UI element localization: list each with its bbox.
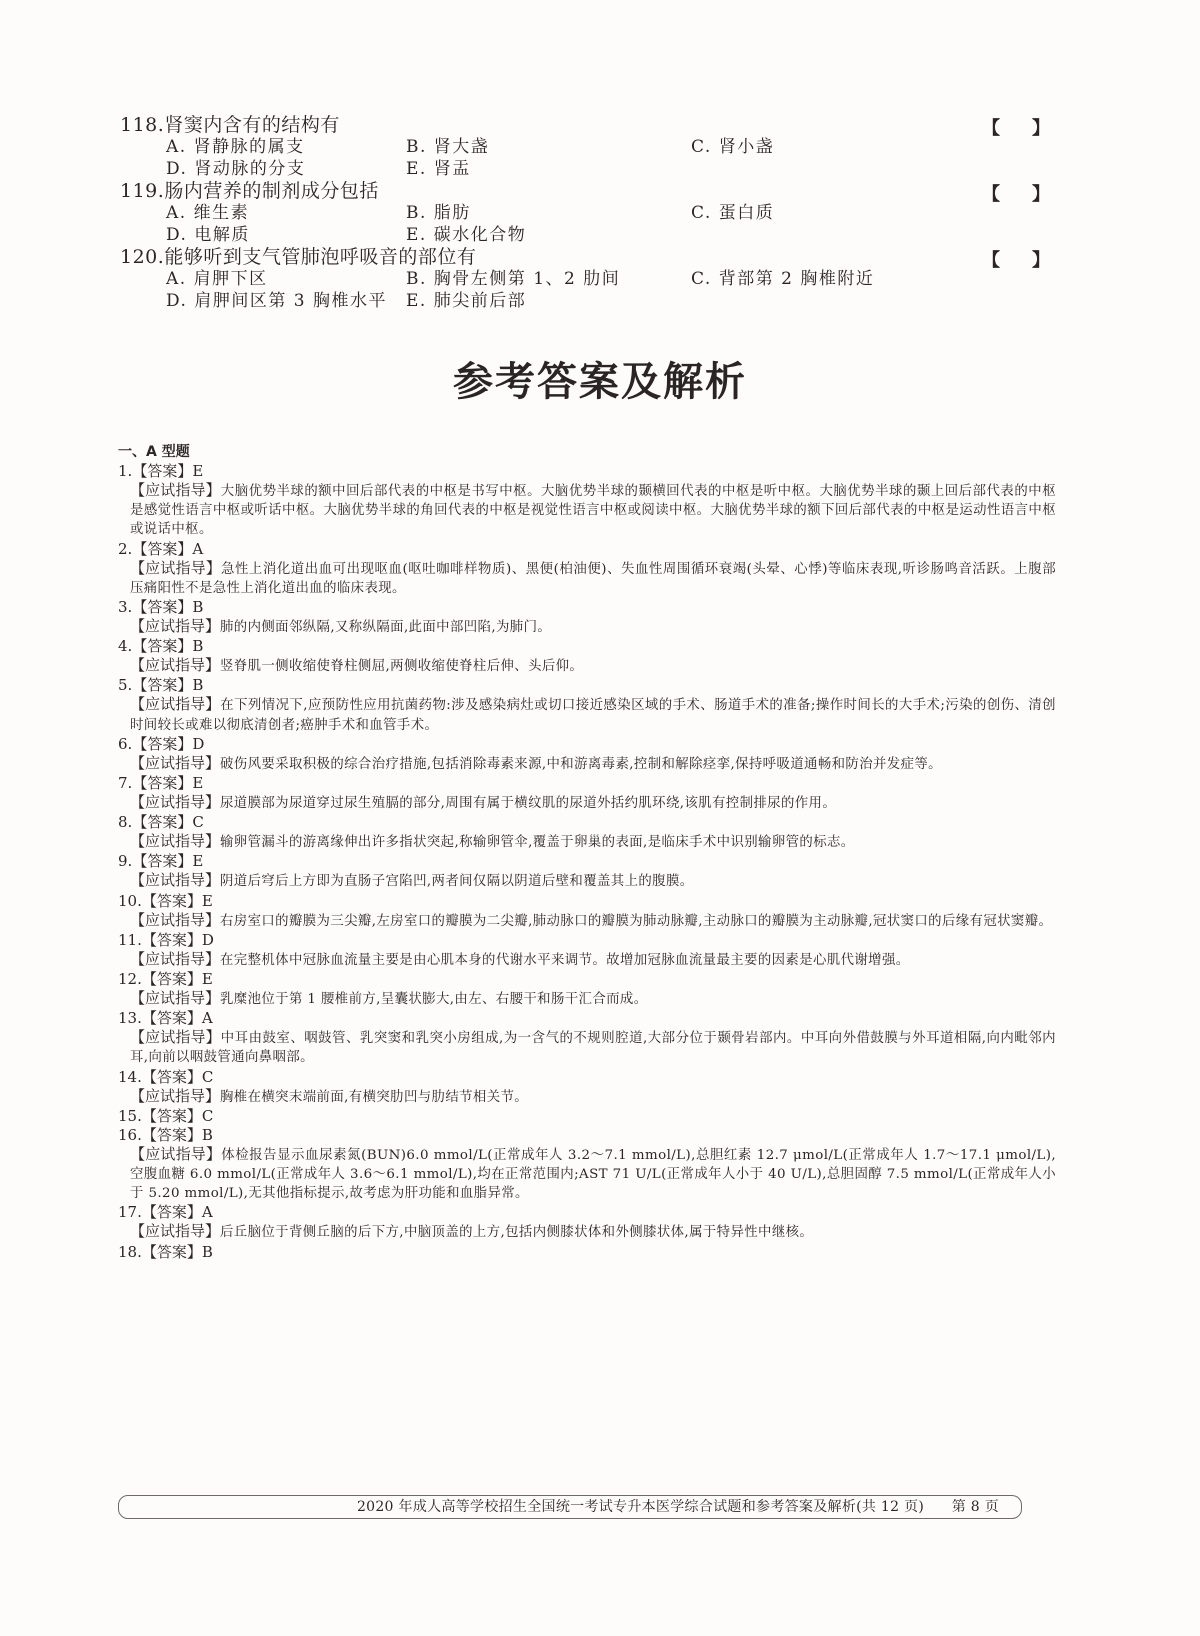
answer-label: 【答案】 — [142, 1009, 202, 1027]
option-grid: A. 肾静脉的属支 B. 肾大盏 C. 肾小盏 D. 肾动脉的分支 E. 肾盂 — [120, 136, 1050, 180]
answer-value: E — [192, 774, 203, 792]
answer-value: A — [202, 1009, 213, 1027]
answer-number: 12. — [118, 970, 142, 988]
question-stem: 肠内营养的制剂成分包括 — [164, 180, 379, 202]
answer-value: B — [202, 1126, 213, 1144]
option-grid: A. 维生素 B. 脂肪 C. 蛋白质 D. 电解质 E. 碳水化合物 — [120, 202, 1050, 246]
answer-value: C — [202, 1068, 213, 1086]
question-118: 118.肾窦内含有的结构有 【】 A. 肾静脉的属支 B. 肾大盏 C. 肾小盏… — [120, 114, 1050, 180]
exam-guide: 【应试指导】阴道后穹后上方即为直肠子宫陷凹,两者间仅隔以阴道后壁和覆盖其上的腹膜… — [118, 871, 1056, 891]
answer-item: 15.【答案】C — [118, 1107, 1056, 1126]
guide-label: 【应试指导】 — [130, 989, 220, 1007]
question-119: 119.肠内营养的制剂成分包括 【】 A. 维生素 B. 脂肪 C. 蛋白质 D… — [120, 180, 1050, 246]
guide-text: 阴道后穹后上方即为直肠子宫陷凹,两者间仅隔以阴道后壁和覆盖其上的腹膜。 — [220, 874, 694, 889]
guide-label: 【应试指导】 — [130, 695, 220, 713]
guide-text: 破伤风要采取积极的综合治疗措施,包括消除毒素来源,中和游离毒素,控制和解除痉挛,… — [220, 757, 942, 772]
answer-number: 4. — [118, 637, 132, 655]
answer-number: 7. — [118, 774, 132, 792]
question-number: 120. — [120, 246, 164, 268]
answer-number: 13. — [118, 1009, 142, 1027]
guide-text: 竖脊肌一侧收缩使脊柱侧屈,两侧收缩使脊柱后伸、头后仰。 — [220, 659, 583, 674]
guide-label: 【应试指导】 — [130, 754, 220, 772]
answer-item: 6.【答案】D【应试指导】破伤风要采取积极的综合治疗措施,包括消除毒素来源,中和… — [118, 735, 1056, 774]
exam-guide: 【应试指导】尿道膜部为尿道穿过尿生殖膈的部分,周围有属于横纹肌的尿道外括约肌环绕… — [118, 793, 1056, 813]
exam-guide: 【应试指导】破伤风要采取积极的综合治疗措施,包括消除毒素来源,中和游离毒素,控制… — [118, 754, 1056, 774]
answer-number: 5. — [118, 676, 132, 694]
answer-item: 1.【答案】E【应试指导】大脑优势半球的额中回后部代表的中枢是书写中枢。大脑优势… — [118, 462, 1056, 540]
answer-label: 【答案】 — [142, 1107, 202, 1125]
answer-label: 【答案】 — [142, 931, 202, 949]
exam-guide: 【应试指导】乳糜池位于第 1 腰椎前方,呈囊状膨大,由左、右腰干和肠干汇合而成。 — [118, 989, 1056, 1009]
guide-text: 体检报告显示血尿素氮(BUN)6.0 mmol/L(正常成年人 3.2～7.1 … — [130, 1148, 1056, 1201]
guide-text: 输卵管漏斗的游离缘伸出许多指状突起,称输卵管伞,覆盖于卵巢的表面,是临床手术中识… — [220, 835, 855, 850]
exam-guide: 【应试指导】后丘脑位于背侧丘脑的后下方,中脑顶盖的上方,包括内侧膝状体和外侧膝状… — [118, 1222, 1056, 1242]
answer-value: E — [192, 462, 203, 480]
answer-bracket: 【】 — [982, 246, 1050, 272]
exam-guide: 【应试指导】右房室口的瓣膜为三尖瓣,左房室口的瓣膜为二尖瓣,肺动脉口的瓣膜为肺动… — [118, 911, 1056, 931]
guide-text: 尿道膜部为尿道穿过尿生殖膈的部分,周围有属于横纹肌的尿道外括约肌环绕,该肌有控制… — [220, 796, 836, 811]
guide-label: 【应试指导】 — [130, 911, 220, 929]
guide-text: 在完整机体中冠脉血流量主要是由心肌本身的代谢水平来调节。故增加冠脉血流量最主要的… — [220, 953, 910, 968]
exam-guide: 【应试指导】体检报告显示血尿素氮(BUN)6.0 mmol/L(正常成年人 3.… — [118, 1145, 1056, 1204]
answer-number: 1. — [118, 462, 132, 480]
exam-guide: 【应试指导】大脑优势半球的额中回后部代表的中枢是书写中枢。大脑优势半球的颞横回代… — [118, 481, 1056, 540]
answer-number: 2. — [118, 540, 132, 558]
page-footer: 2020 年成人高等学校招生全国统一考试专升本医学综合试题和参考答案及解析(共 … — [118, 1495, 1022, 1519]
exam-guide: 【应试指导】输卵管漏斗的游离缘伸出许多指状突起,称输卵管伞,覆盖于卵巢的表面,是… — [118, 832, 1056, 852]
option-a: A. 维生素 — [166, 202, 406, 224]
guide-text: 肺的内侧面邻纵隔,又称纵隔面,此面中部凹陷,为肺门。 — [220, 620, 551, 635]
guide-label: 【应试指导】 — [130, 617, 220, 635]
option-e: E. 碳水化合物 — [406, 224, 691, 246]
answer-label: 【答案】 — [142, 1243, 202, 1261]
option-grid: A. 肩胛下区 B. 胸骨左侧第 1、2 肋间 C. 背部第 2 胸椎附近 D.… — [120, 268, 1050, 312]
answer-item: 11.【答案】D【应试指导】在完整机体中冠脉血流量主要是由心肌本身的代谢水平来调… — [118, 931, 1056, 970]
question-list: 118.肾窦内含有的结构有 【】 A. 肾静脉的属支 B. 肾大盏 C. 肾小盏… — [120, 114, 1050, 312]
exam-guide: 【应试指导】在完整机体中冠脉血流量主要是由心肌本身的代谢水平来调节。故增加冠脉血… — [118, 950, 1056, 970]
option-e: E. 肾盂 — [406, 158, 691, 180]
document-page: 118.肾窦内含有的结构有 【】 A. 肾静脉的属支 B. 肾大盏 C. 肾小盏… — [0, 0, 1200, 1636]
guide-label: 【应试指导】 — [130, 1222, 220, 1240]
exam-guide: 【应试指导】胸椎在横突末端前面,有横突肋凹与肋结节相关节。 — [118, 1087, 1056, 1107]
guide-label: 【应试指导】 — [130, 793, 220, 811]
answer-item: 9.【答案】E【应试指导】阴道后穹后上方即为直肠子宫陷凹,两者间仅隔以阴道后壁和… — [118, 852, 1056, 891]
section-heading: 一、A 型题 — [118, 443, 1056, 462]
answer-value: E — [192, 852, 203, 870]
answer-label: 【答案】 — [132, 735, 192, 753]
guide-label: 【应试指导】 — [130, 1028, 221, 1046]
option-c: C. 蛋白质 — [691, 202, 991, 224]
option-b: B. 肾大盏 — [406, 136, 691, 158]
option-a: A. 肩胛下区 — [166, 268, 406, 290]
answer-value: B — [192, 598, 203, 616]
option-d: D. 电解质 — [166, 224, 406, 246]
option-e: E. 肺尖前后部 — [406, 290, 691, 312]
answer-number: 9. — [118, 852, 132, 870]
question-stem: 能够听到支气管肺泡呼吸音的部位有 — [164, 246, 476, 268]
answer-number: 16. — [118, 1126, 142, 1144]
guide-label: 【应试指导】 — [130, 950, 220, 968]
guide-label: 【应试指导】 — [130, 481, 221, 499]
answer-item: 12.【答案】E【应试指导】乳糜池位于第 1 腰椎前方,呈囊状膨大,由左、右腰干… — [118, 970, 1056, 1009]
answer-list: 一、A 型题 1.【答案】E【应试指导】大脑优势半球的额中回后部代表的中枢是书写… — [118, 443, 1056, 1262]
answer-number: 3. — [118, 598, 132, 616]
answer-value: D — [202, 931, 214, 949]
answer-label: 【答案】 — [132, 598, 192, 616]
answer-label: 【答案】 — [132, 637, 192, 655]
guide-text: 在下列情况下,应预防性应用抗菌药物:涉及感染病灶或切口接近感染区域的手术、肠道手… — [130, 698, 1056, 732]
option-a: A. 肾静脉的属支 — [166, 136, 406, 158]
exam-guide: 【应试指导】肺的内侧面邻纵隔,又称纵隔面,此面中部凹陷,为肺门。 — [118, 617, 1056, 637]
exam-guide: 【应试指导】在下列情况下,应预防性应用抗菌药物:涉及感染病灶或切口接近感染区域的… — [118, 695, 1056, 734]
answer-label: 【答案】 — [142, 1203, 202, 1221]
answer-item: 13.【答案】A【应试指导】中耳由鼓室、咽鼓管、乳突窦和乳突小房组成,为一含气的… — [118, 1009, 1056, 1067]
answer-label: 【答案】 — [132, 852, 192, 870]
answer-item: 18.【答案】B — [118, 1243, 1056, 1262]
answer-bracket: 【】 — [982, 114, 1050, 140]
answer-value: C — [202, 1107, 213, 1125]
guide-text: 后丘脑位于背侧丘脑的后下方,中脑顶盖的上方,包括内侧膝状体和外侧膝状体,属于特异… — [220, 1225, 813, 1240]
answer-value: A — [192, 540, 203, 558]
question-number: 118. — [120, 114, 164, 136]
page-number: 第 8 页 — [952, 1499, 999, 1515]
answer-item: 7.【答案】E【应试指导】尿道膜部为尿道穿过尿生殖膈的部分,周围有属于横纹肌的尿… — [118, 774, 1056, 813]
answer-label: 【答案】 — [132, 813, 192, 831]
answer-label: 【答案】 — [142, 970, 202, 988]
question-stem: 肾窦内含有的结构有 — [164, 114, 340, 136]
answer-item: 14.【答案】C【应试指导】胸椎在横突末端前面,有横突肋凹与肋结节相关节。 — [118, 1068, 1056, 1107]
guide-label: 【应试指导】 — [130, 656, 220, 674]
answer-label: 【答案】 — [132, 540, 192, 558]
answer-item: 2.【答案】A【应试指导】急性上消化道出血可出现呕血(呕吐咖啡样物质)、黑便(柏… — [118, 540, 1056, 598]
question-120: 120.能够听到支气管肺泡呼吸音的部位有 【】 A. 肩胛下区 B. 胸骨左侧第… — [120, 246, 1050, 312]
answer-label: 【答案】 — [132, 774, 192, 792]
option-d: D. 肾动脉的分支 — [166, 158, 406, 180]
answer-item: 16.【答案】B【应试指导】体检报告显示血尿素氮(BUN)6.0 mmol/L(… — [118, 1126, 1056, 1204]
answer-number: 14. — [118, 1068, 142, 1086]
answers-title: 参考答案及解析 — [0, 350, 1200, 407]
guide-label: 【应试指导】 — [130, 559, 221, 577]
answer-value: E — [202, 892, 213, 910]
guide-label: 【应试指导】 — [130, 1087, 220, 1105]
answer-item: 10.【答案】E【应试指导】右房室口的瓣膜为三尖瓣,左房室口的瓣膜为二尖瓣,肺动… — [118, 892, 1056, 931]
answer-label: 【答案】 — [142, 892, 202, 910]
answer-bracket: 【】 — [982, 180, 1050, 206]
option-b: B. 脂肪 — [406, 202, 691, 224]
answer-value: B — [192, 637, 203, 655]
answer-value: E — [202, 970, 213, 988]
exam-guide: 【应试指导】中耳由鼓室、咽鼓管、乳突窦和乳突小房组成,为一含气的不规则腔道,大部… — [118, 1028, 1056, 1067]
footer-text: 2020 年成人高等学校招生全国统一考试专升本医学综合试题和参考答案及解析(共 … — [357, 1499, 924, 1515]
guide-text: 大脑优势半球的额中回后部代表的中枢是书写中枢。大脑优势半球的颞横回代表的中枢是听… — [130, 484, 1056, 537]
answer-number: 6. — [118, 735, 132, 753]
guide-text: 乳糜池位于第 1 腰椎前方,呈囊状膨大,由左、右腰干和肠干汇合而成。 — [220, 992, 647, 1007]
option-d: D. 肩胛间区第 3 胸椎水平 — [166, 290, 406, 312]
option-c: C. 背部第 2 胸椎附近 — [691, 268, 991, 290]
answer-number: 17. — [118, 1203, 142, 1221]
option-b: B. 胸骨左侧第 1、2 肋间 — [406, 268, 691, 290]
answer-label: 【答案】 — [142, 1126, 202, 1144]
guide-text: 右房室口的瓣膜为三尖瓣,左房室口的瓣膜为二尖瓣,肺动脉口的瓣膜为肺动脉瓣,主动脉… — [220, 914, 1052, 929]
answer-label: 【答案】 — [132, 462, 192, 480]
guide-label: 【应试指导】 — [130, 871, 220, 889]
question-number: 119. — [120, 180, 164, 202]
answer-value: A — [202, 1203, 213, 1221]
guide-label: 【应试指导】 — [130, 832, 220, 850]
exam-guide: 【应试指导】竖脊肌一侧收缩使脊柱侧屈,两侧收缩使脊柱后伸、头后仰。 — [118, 656, 1056, 676]
answer-item: 5.【答案】B【应试指导】在下列情况下,应预防性应用抗菌药物:涉及感染病灶或切口… — [118, 676, 1056, 734]
answer-label: 【答案】 — [132, 676, 192, 694]
answer-number: 11. — [118, 931, 142, 949]
guide-text: 胸椎在横突末端前面,有横突肋凹与肋结节相关节。 — [220, 1090, 528, 1105]
exam-guide: 【应试指导】急性上消化道出血可出现呕血(呕吐咖啡样物质)、黑便(柏油便)、失血性… — [118, 559, 1056, 598]
guide-text: 急性上消化道出血可出现呕血(呕吐咖啡样物质)、黑便(柏油便)、失血性周围循环衰竭… — [130, 562, 1056, 596]
guide-label: 【应试指导】 — [130, 1145, 221, 1163]
option-c: C. 肾小盏 — [691, 136, 991, 158]
answer-item: 4.【答案】B【应试指导】竖脊肌一侧收缩使脊柱侧屈,两侧收缩使脊柱后伸、头后仰。 — [118, 637, 1056, 676]
guide-text: 中耳由鼓室、咽鼓管、乳突窦和乳突小房组成,为一含气的不规则腔道,大部分位于颞骨岩… — [130, 1031, 1056, 1065]
answer-number: 15. — [118, 1107, 142, 1125]
answer-value: B — [202, 1243, 213, 1261]
answer-number: 18. — [118, 1243, 142, 1261]
answer-value: D — [192, 735, 204, 753]
answer-value: B — [192, 676, 203, 694]
answer-item: 3.【答案】B【应试指导】肺的内侧面邻纵隔,又称纵隔面,此面中部凹陷,为肺门。 — [118, 598, 1056, 637]
answer-label: 【答案】 — [142, 1068, 202, 1086]
answer-item: 8.【答案】C【应试指导】输卵管漏斗的游离缘伸出许多指状突起,称输卵管伞,覆盖于… — [118, 813, 1056, 852]
answer-number: 10. — [118, 892, 142, 910]
answer-value: C — [192, 813, 203, 831]
answer-number: 8. — [118, 813, 132, 831]
answer-item: 17.【答案】A【应试指导】后丘脑位于背侧丘脑的后下方,中脑顶盖的上方,包括内侧… — [118, 1203, 1056, 1242]
